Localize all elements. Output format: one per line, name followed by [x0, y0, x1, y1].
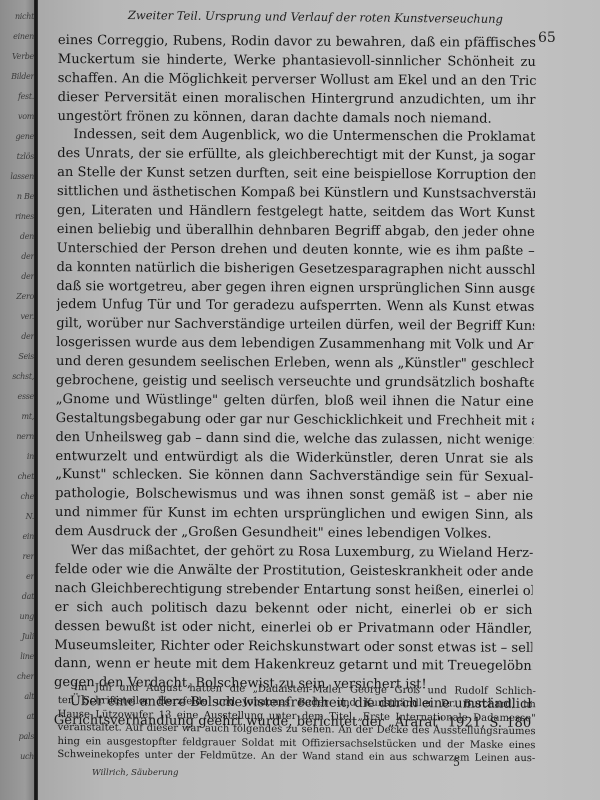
- facing-page-fragment: den: [20, 232, 34, 241]
- facing-page-fragment: ein: [22, 532, 34, 541]
- text-line: Gestaltungsbegabung oder gar nur Geschic…: [56, 410, 534, 432]
- text-line: dieser Perversität einen moralischen Hin…: [58, 89, 536, 111]
- book-page: Zweiter Teil. Ursprung und Verlauf der r…: [38, 0, 600, 800]
- facing-page-fragment: alt: [24, 692, 34, 701]
- facing-page-fragment: Seis: [18, 352, 34, 361]
- facing-page-fragment: Bilder: [11, 72, 34, 81]
- facing-page-fragment: fest.: [18, 92, 34, 101]
- facing-page-edge: nichteinenVerbeBilderfest.vomgenetzlösla…: [0, 0, 36, 800]
- facing-page-fragment: nicht: [15, 12, 34, 21]
- facing-page-fragment: pals: [19, 732, 34, 741]
- sheet-number: 5: [453, 756, 460, 769]
- facing-page-fragment: rer: [23, 552, 34, 561]
- running-head: Zweiter Teil. Ursprung und Verlauf der r…: [128, 8, 503, 26]
- block-quote-small-print: Im Juli und August hatten die „Dadaisten…: [57, 681, 536, 766]
- facing-page-fragment: ver.: [20, 312, 34, 321]
- facing-page-fragment: che: [21, 492, 34, 501]
- facing-page-fragment: dat: [22, 592, 34, 601]
- quote-line: Schweinekopfes unter der Feldmütze. An d…: [57, 748, 535, 766]
- page-number: 65: [538, 30, 556, 46]
- text-line: schaffen. An die Möglichkeit perverser W…: [58, 70, 536, 92]
- facing-page-fragment: der: [21, 272, 34, 281]
- facing-page-fragment: uch: [20, 752, 34, 761]
- text-line: den Unheilsweg gab – dann sind die, welc…: [55, 429, 533, 451]
- facing-page-fragment: ung: [19, 612, 34, 621]
- text-line: Unterschied der Person drehen und deuten…: [57, 240, 535, 262]
- facing-page-fragment: in: [27, 452, 34, 461]
- facing-page-fragment: Verbe: [12, 52, 34, 61]
- facing-page-fragment: er: [26, 572, 34, 581]
- facing-page-fragment: der: [21, 332, 34, 341]
- facing-page-fragment: cher: [17, 672, 34, 681]
- text-line: da konnten natürlich die bisherigen Gese…: [56, 259, 534, 281]
- text-line: nach Gleichberechtigung strebender Entar…: [55, 580, 533, 602]
- facing-page-fragment: Zero: [16, 292, 34, 301]
- facing-page-fragment: einen: [13, 32, 34, 41]
- facing-page-fragment: N.: [26, 512, 34, 521]
- facing-page-fragment: vom: [18, 112, 34, 121]
- facing-page-fragment: mt,: [22, 412, 34, 421]
- facing-page-fragment: der: [21, 252, 34, 261]
- facing-page-fragment: rines: [15, 212, 34, 221]
- facing-page-fragment: nern: [16, 432, 34, 441]
- facing-page-fragment: n Be: [17, 192, 34, 201]
- facing-page-fragment: tzlös: [17, 152, 34, 161]
- facing-page-fragment: gene: [15, 132, 34, 141]
- sheet-signature: Willrich, Säuberung: [92, 768, 178, 778]
- body-text: eines Correggio, Rubens, Rodin davor zu …: [54, 32, 536, 734]
- facing-page-fragment: esse: [18, 392, 34, 401]
- facing-page-fragment: line: [20, 652, 34, 661]
- facing-page-fragment: schst,: [12, 372, 34, 381]
- text-line: dessen bewußt ist oder nicht, einerlei o…: [54, 618, 532, 640]
- facing-page-fragment: Juli: [22, 632, 34, 641]
- facing-page-fragment: lassen: [10, 172, 34, 181]
- facing-page-fragment: at: [27, 712, 34, 721]
- facing-page-fragment: chet: [18, 472, 34, 481]
- text-line: er sich auch politisch dazu bekennt oder…: [54, 599, 532, 621]
